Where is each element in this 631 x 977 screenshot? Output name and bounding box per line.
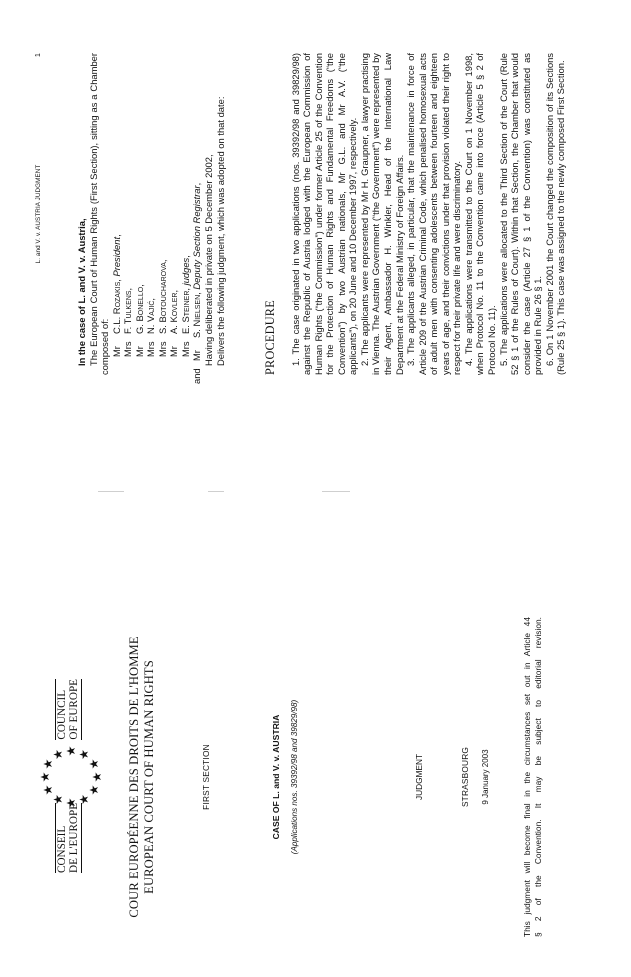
judge-title: Mr <box>191 338 203 361</box>
logo-left-line1: CONSEIL <box>55 803 68 873</box>
court-name-english: EUROPEAN COURT OF HUMAN RIGHTS <box>142 611 157 943</box>
judge-entry: MrsN. Vajić, <box>145 53 157 375</box>
case-line: In the case of L. and V. v. Austria, <box>76 53 88 375</box>
judge-entry: MrsF. Tulkens, <box>122 53 134 375</box>
logo-left-line2: DE L'EUROPE <box>68 803 81 873</box>
application-numbers: (Applications nos. 39392/98 and 39829/98… <box>290 611 299 943</box>
judge-title: Mr <box>111 334 123 357</box>
judge-name: S. Nielsen, Deputy Section Registrar, <box>191 183 203 338</box>
star-icon: ★ <box>42 784 54 796</box>
judgment-date: 9 January 2003 <box>481 611 490 943</box>
judge-name: E. Steiner, judges, <box>180 255 192 334</box>
deliberation-line: Having deliberated in private on 5 Decem… <box>203 53 215 375</box>
star-icon: ★ <box>39 771 51 783</box>
page-number: 1 <box>35 53 43 57</box>
procedure-paragraphs: 1. The case originated in two applicatio… <box>290 53 567 375</box>
procedure-paragraph-1: 1. The case originated in two applicatio… <box>290 53 359 375</box>
stars-circle-icon: ★★★★★★★★★★★★ <box>39 745 103 809</box>
judge-name: C.L. Rozakis, President, <box>111 234 123 334</box>
judge-prefix <box>111 366 123 375</box>
procedure-paragraph-3: 3. The applicants alleged, in particular… <box>405 53 463 375</box>
section-heading-procedure: PROCEDURE <box>265 53 277 375</box>
judge-prefix <box>122 366 134 375</box>
star-icon: ★ <box>78 794 90 806</box>
judge-title: Mrs <box>122 334 134 357</box>
judgment-intro: In the case of L. and V. v. Austria, The… <box>76 53 226 375</box>
court-composition-sentence: The European Court of Human Rights (Firs… <box>88 53 111 375</box>
judge-entry: MrG. Bonello, <box>134 53 146 375</box>
scan-artifact <box>98 491 124 492</box>
city: STRASBOURG <box>460 611 470 943</box>
judge-name: G. Bonello, <box>134 284 146 334</box>
procedure-paragraph-5: 5. The applications were allocated to th… <box>498 53 544 375</box>
judge-entry: MrsE. Steiner, judges, <box>180 53 192 375</box>
judge-title: Mrs <box>180 334 192 357</box>
finality-footnote: This judgment will become final in the c… <box>522 611 543 943</box>
logo-text-english: COUNCIL OF EUROPE <box>55 679 82 740</box>
judge-prefix <box>157 366 169 375</box>
judge-name: A. Kovler, <box>168 290 180 334</box>
scan-artifact <box>208 491 224 492</box>
running-head: L. and V. v. AUSTRIA JUDGMENT 1 <box>35 53 43 375</box>
judge-entry: andMrS. Nielsen, Deputy Section Registra… <box>191 53 203 375</box>
court-name-french: COUR EUROPÉENNE DES DROITS DE L'HOMME <box>127 611 142 943</box>
judge-entry: MrsS. Botoucharova, <box>157 53 169 375</box>
logo-right-line1: COUNCIL <box>55 679 68 740</box>
judgment-page: L. and V. v. AUSTRIA JUDGMENT 1 In the c… <box>35 53 607 375</box>
logo-right-line2: OF EUROPE <box>68 679 81 740</box>
star-icon: ★ <box>52 748 64 760</box>
judge-role: Deputy Section Registrar <box>191 185 202 289</box>
scan-artifact <box>322 491 350 492</box>
document-type: JUDGMENT <box>414 611 424 943</box>
procedure-paragraph-6: 6. On 1 November 2001 the Court changed … <box>544 53 567 375</box>
case-title: CASE OF L. and V. v. AUSTRIA <box>271 611 281 943</box>
star-icon: ★ <box>65 745 77 757</box>
judge-prefix <box>180 366 192 375</box>
star-icon: ★ <box>88 758 100 770</box>
judge-prefix: and <box>191 361 203 384</box>
judge-role: judges <box>180 258 191 286</box>
procedure-paragraph-4: 4. The applications were transmitted to … <box>463 53 498 375</box>
council-of-europe-logo: CONSEIL DE L'EUROPE ★★★★★★★★★★★★ COUNCIL… <box>39 611 127 943</box>
judge-name: S. Botoucharova, <box>157 259 169 334</box>
footnote-line-2: § 2 of the Convention. It may be subject… <box>533 617 544 937</box>
running-head-title: L. and V. v. AUSTRIA JUDGMENT <box>35 165 42 264</box>
judge-title: Mr <box>168 334 180 357</box>
judge-prefix <box>168 366 180 375</box>
judge-role: President <box>111 237 122 277</box>
logo-text-french: CONSEIL DE L'EUROPE <box>55 803 82 873</box>
star-icon: ★ <box>65 797 77 809</box>
judge-title: Mrs <box>157 334 169 357</box>
section-label: FIRST SECTION <box>201 611 211 943</box>
judges-list: MrC.L. Rozakis, President,MrsF. Tulkens,… <box>111 53 203 375</box>
judge-entry: MrA. Kovler, <box>168 53 180 375</box>
judge-name: N. Vajić, <box>145 298 157 334</box>
judge-prefix <box>145 366 157 375</box>
judge-title: Mrs <box>145 334 157 357</box>
judge-name: F. Tulkens, <box>122 288 134 334</box>
judge-title: Mr <box>134 334 146 357</box>
cover-page: CONSEIL DE L'EUROPE ★★★★★★★★★★★★ COUNCIL… <box>37 611 609 943</box>
judge-entry: MrC.L. Rozakis, President, <box>111 53 123 375</box>
judge-prefix <box>134 366 146 375</box>
procedure-paragraph-2: 2. The applicants were represented by Mr… <box>359 53 405 375</box>
star-icon: ★ <box>91 771 103 783</box>
delivery-line: Delivers the following judgment, which w… <box>215 53 227 375</box>
footnote-line-1: This judgment will become final in the c… <box>522 617 533 937</box>
